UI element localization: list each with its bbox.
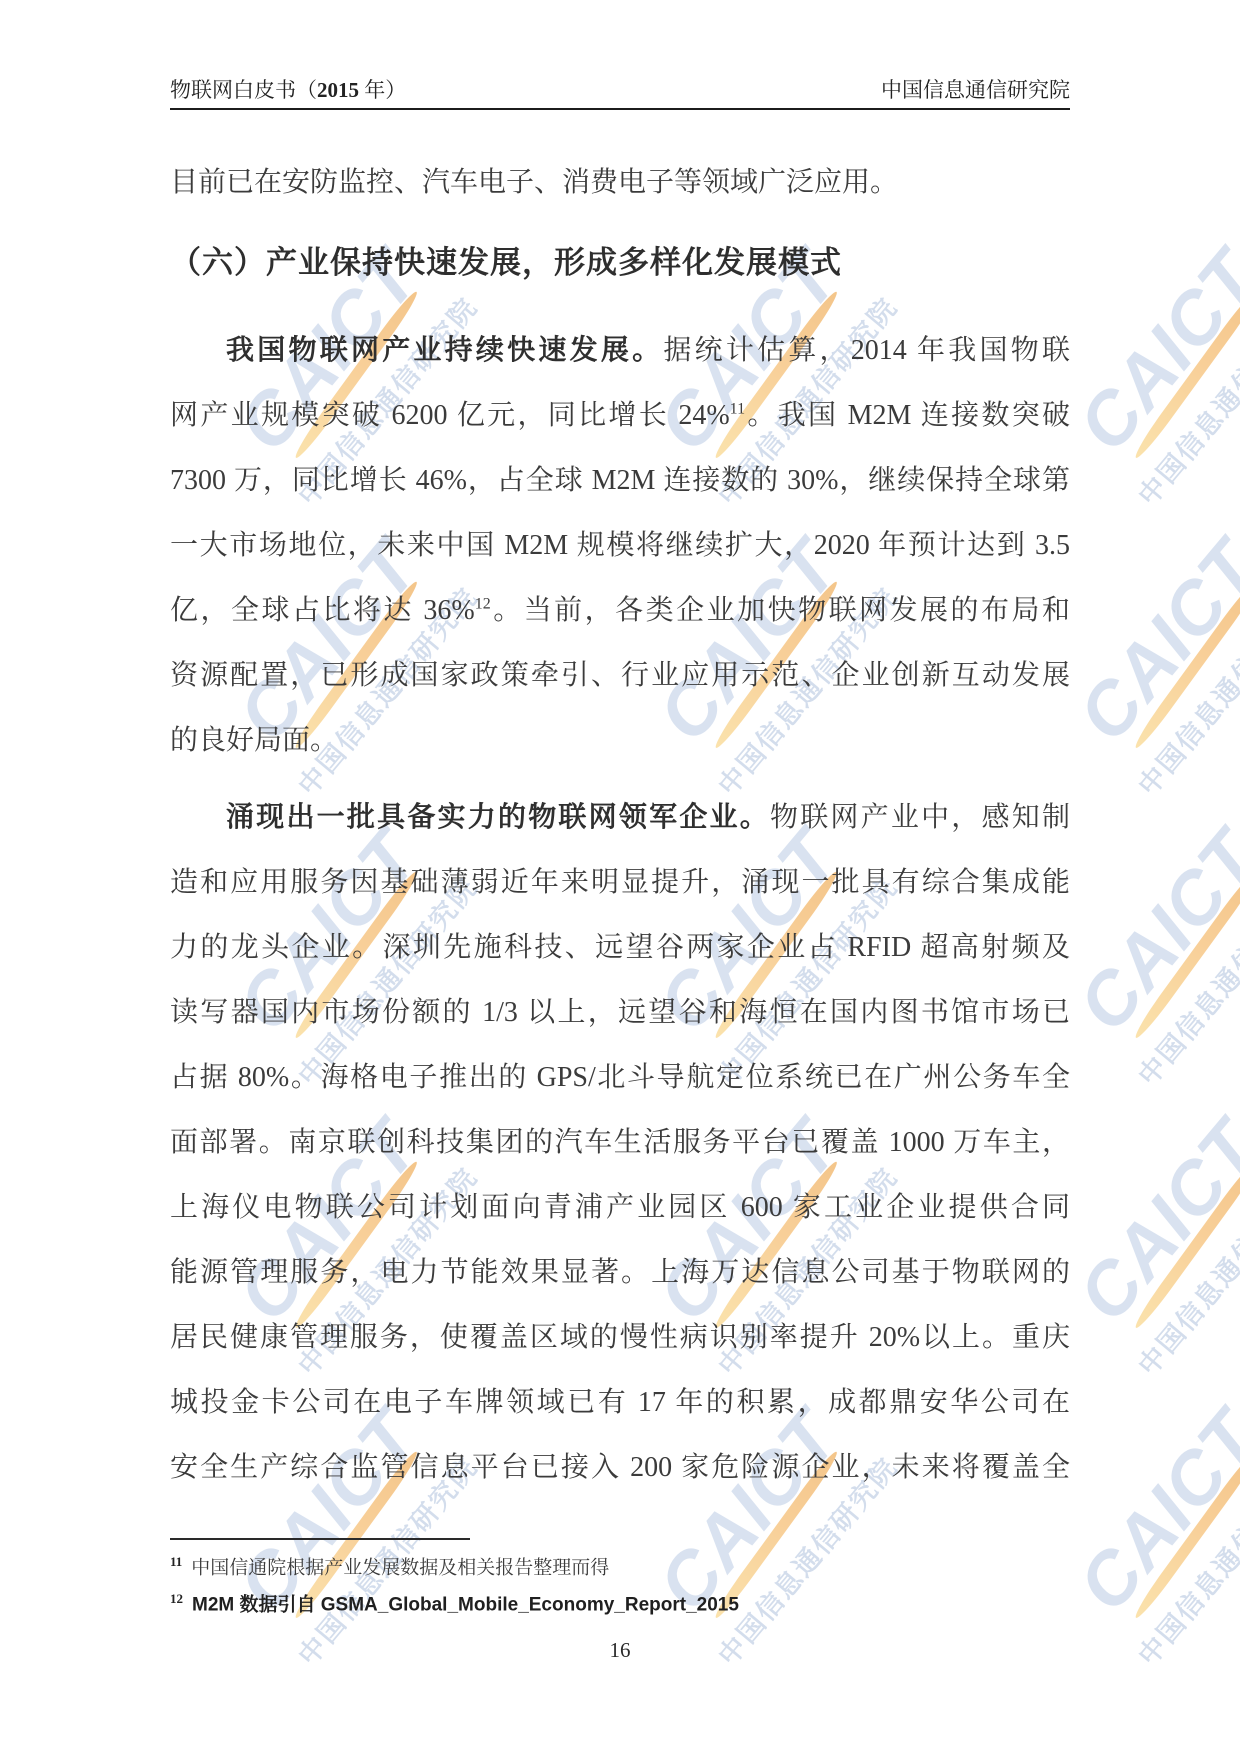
paragraph-2: 涌现出一批具备实力的物联网领军企业。物联网产业中，感知制 造和应用服务因基础薄弱… (170, 785, 1070, 1500)
body-line: 一大市场地位，未来中国 M2M 规模将继续扩大，2020 年预计达到 3.5 (170, 513, 1070, 578)
caict-swoosh-icon (1131, 1159, 1240, 1331)
body-line: 亿，全球占比将达 36%12。当前，各类企业加快物联网发展的布局和 (170, 578, 1070, 643)
section-heading: （六）产业保持快速发展，形成多样化发展模式 (170, 238, 1110, 288)
body-line: 我国物联网产业持续快速发展。据统计估算，2014 年我国物联 (170, 318, 1070, 383)
body-line: 涌现出一批具备实力的物联网领军企业。物联网产业中，感知制 (170, 785, 1070, 850)
body-line: 面部署。南京联创科技集团的汽车生活服务平台已覆盖 1000 万车主， (170, 1110, 1070, 1175)
footnote-item: 11中国信通院根据产业发展数据及相关报告整理而得 (170, 1546, 1070, 1583)
caict-watermark: CAICT中国信息通信研究院 (1056, 518, 1240, 803)
caict-swoosh-icon (1131, 869, 1240, 1041)
footnotes: 11中国信通院根据产业发展数据及相关报告整理而得 12M2M 数据引自 GSMA… (170, 1546, 1070, 1621)
caict-swoosh-icon (1131, 1449, 1240, 1621)
header-rule (170, 108, 1070, 110)
line-text: 亿，全球占比将达 36% (170, 595, 475, 626)
body-line: 力的龙头企业。深圳先施科技、远望谷两家企业占 RFID 超高射频及 (170, 915, 1070, 980)
paragraph-1: 我国物联网产业持续快速发展。据统计估算，2014 年我国物联 网产业规模突破 6… (170, 318, 1070, 773)
header-right-org: 中国信息通信研究院 (881, 74, 1070, 104)
body-line: 7300 万，同比增长 46%，占全球 M2M 连接数的 30%，继续保持全球第 (170, 448, 1070, 513)
line-text: 据统计估算，2014 年我国物联 (663, 335, 1070, 366)
footnote-ref-11: 11 (730, 401, 745, 418)
page-header: 物联网白皮书（2015 年） 中国信息通信研究院 (170, 74, 1070, 104)
header-title-year: 2015 (317, 78, 359, 102)
body-line: 居民健康管理服务，使覆盖区域的慢性病识别率提升 20%以上。重庆 (170, 1305, 1070, 1370)
header-title-suffix: 年） (359, 78, 406, 102)
body-line: 资源配置，已形成国家政策牵引、行业应用示范、企业创新互动发展 (170, 643, 1070, 708)
line-text: 网产业规模突破 6200 亿元，同比增长 24% (170, 400, 730, 431)
caict-watermark: CAICT中国信息通信研究院 (1056, 1388, 1240, 1673)
watermark-org-text: 中国信息通信研究院 (1127, 577, 1240, 802)
watermark-org-text: 中国信息通信研究院 (1127, 867, 1240, 1092)
watermark-org-text: 中国信息通信研究院 (1127, 1157, 1240, 1382)
caict-logo-text: CAICT (1056, 808, 1240, 1056)
body-line: 占据 80%。海格电子推出的 GPS/北斗导航定位系统已在广州公务车全 (170, 1045, 1070, 1110)
caict-logo-text: CAICT (1056, 518, 1240, 766)
line-text: 。我国 M2M 连接数突破 (745, 400, 1070, 431)
footnote-text: M2M 数据引自 GSMA_Global_Mobile_Economy_Repo… (192, 1595, 739, 1616)
intro-paragraph: 目前已在安防监控、汽车电子、消费电子等领域广泛应用。 (170, 150, 1070, 215)
body-line: 网产业规模突破 6200 亿元，同比增长 24%11。我国 M2M 连接数突破 (170, 383, 1070, 448)
body-line: 上海仪电物联公司计划面向青浦产业园区 600 家工业企业提供合同 (170, 1175, 1070, 1240)
footnote-marker: 12 (170, 1591, 183, 1606)
line-text: 物联网产业中，感知制 (770, 802, 1070, 833)
page-number: 16 (0, 1638, 1240, 1663)
footnote-ref-12: 12 (475, 596, 491, 613)
body-line: 目前已在安防监控、汽车电子、消费电子等领域广泛应用。 (170, 150, 1070, 215)
caict-swoosh-icon (1131, 579, 1240, 751)
footnote-item: 12M2M 数据引自 GSMA_Global_Mobile_Economy_Re… (170, 1583, 1070, 1620)
paragraph-lead-bold: 我国物联网产业持续快速发展。 (226, 335, 663, 366)
document-page: CAICT中国信息通信研究院CAICT中国信息通信研究院CAICT中国信息通信研… (0, 0, 1240, 1754)
caict-logo-text: CAICT (1056, 1098, 1240, 1346)
caict-logo-text: CAICT (1056, 1388, 1240, 1636)
watermark-org-text: 中国信息通信研究院 (1127, 287, 1240, 512)
body-line: 能源管理服务，电力节能效果显著。上海万达信息公司基于物联网的 (170, 1240, 1070, 1305)
body-line: 安全生产综合监管信息平台已接入 200 家危险源企业，未来将覆盖全 (170, 1435, 1070, 1500)
header-left-title: 物联网白皮书（2015 年） (170, 74, 406, 104)
body-line: 造和应用服务因基础薄弱近年来明显提升，涌现一批具有综合集成能 (170, 850, 1070, 915)
caict-swoosh-icon (1131, 289, 1240, 461)
body-line: 读写器国内市场份额的 1/3 以上，远望谷和海恒在国内图书馆市场已 (170, 980, 1070, 1045)
footnote-marker: 11 (170, 1554, 182, 1569)
caict-watermark: CAICT中国信息通信研究院 (1056, 808, 1240, 1093)
body-line: 的良好局面。 (170, 708, 1070, 773)
body-line: 城投金卡公司在电子车牌领域已有 17 年的积累，成都鼎安华公司在 (170, 1370, 1070, 1435)
footnote-separator (170, 1538, 470, 1540)
line-text: 。当前，各类企业加快物联网发展的布局和 (491, 595, 1070, 626)
footnote-text: 中国信通院根据产业发展数据及相关报告整理而得 (191, 1557, 609, 1578)
header-title-prefix: 物联网白皮书（ (170, 78, 317, 102)
caict-watermark: CAICT中国信息通信研究院 (1056, 1098, 1240, 1383)
paragraph-lead-bold: 涌现出一批具备实力的物联网领军企业。 (226, 802, 770, 833)
